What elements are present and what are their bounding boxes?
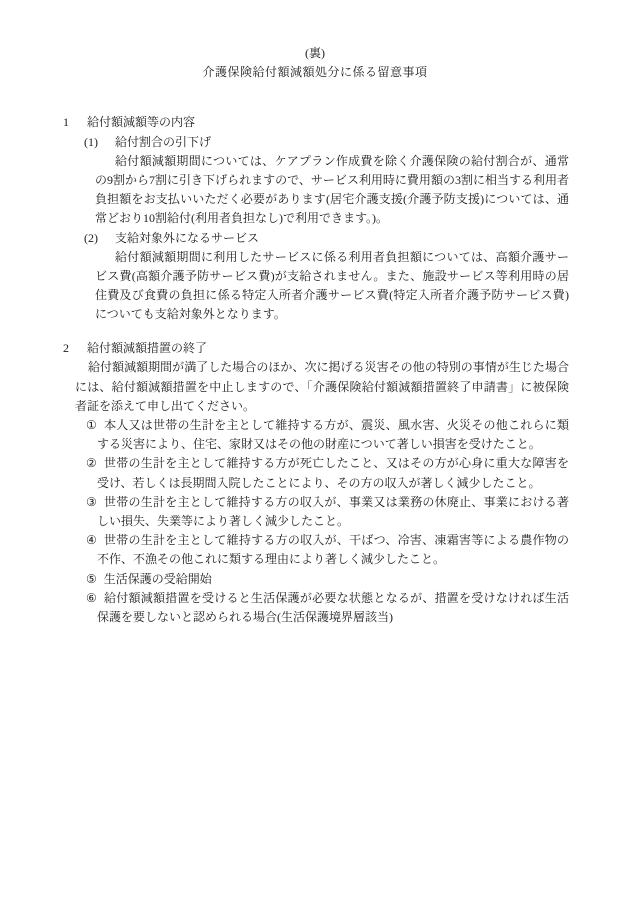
list-item-2-text: 世帯の生計を主として維持する方が死亡したこと、又はその方が心身に重大な障害を受け… [97,456,569,489]
list-item-4-text: 世帯の生計を主として維持する方の収入が、干ばつ、冷害、凍霜害等による農作物の不作… [97,533,569,566]
list-item-2: ②世帯の生計を主として維持する方が死亡したこと、又はその方が心身に重大な障害を受… [97,454,569,492]
list-item-4-number: ④ [86,533,97,547]
document-title: 介護保険給付額減額処分に係る留意事項 [0,63,630,82]
list-item-4: ④世帯の生計を主として維持する方の収入が、干ばつ、冷害、凍霜害等による農作物の不… [97,531,569,569]
list-item-5-text: 生活保護の受給開始 [104,572,212,586]
list-item-6: ⑥給付額減額措置を受けると生活保護が必要な状態となるが、措置を受けなければ生活保… [97,589,569,627]
subsection-1-1-heading: (1)給付割合の引下げ [0,133,630,152]
section-2-number: 2 [63,339,87,358]
list-item-1: ①本人又は世帯の生計を主として維持する方が、震災、風水害、火災その他これらに類す… [97,416,569,454]
list-item-2-number: ② [86,456,97,470]
list-item-5-number: ⑤ [86,572,97,586]
list-item-6-text: 給付額減額措置を受けると生活保護が必要な状態となるが、措置を受けなければ生活保護… [97,591,569,624]
subsection-1-1-number: (1) [84,133,115,152]
document-page: (裏) 介護保険給付額減額処分に係る留意事項 1給付額減額等の内容 (1)給付割… [0,0,630,915]
section-1-number: 1 [63,113,87,132]
section-1-heading: 1給付額減額等の内容 [0,113,630,132]
page-side-label: (裏) [0,44,630,63]
subsection-1-1-title: 給付割合の引下げ [115,135,211,149]
list-item-3-number: ③ [86,495,97,509]
section-2-heading: 2給付額減額措置の終了 [0,339,630,358]
subsection-1-2-number: (2) [84,229,115,248]
list-item-3-text: 世帯の生計を主として維持する方の収入が、事業又は業務の休廃止、事業における著しい… [97,495,569,528]
list-item-5: ⑤生活保護の受給開始 [97,570,569,589]
subsection-1-2-heading: (2)支給対象外になるサービス [0,229,630,248]
section-1-title: 給付額減額等の内容 [87,115,195,129]
list-item-1-number: ① [86,418,97,432]
section-2-body: 給付額減額期間が満了した場合のほか、次に掲げる災害その他の特別の事情が生じた場合… [75,358,569,416]
list-item-6-number: ⑥ [86,591,97,605]
termination-reason-list: ①本人又は世帯の生計を主として維持する方が、震災、風水害、火災その他これらに類す… [0,416,630,627]
subsection-1-2-title: 支給対象外になるサービス [115,231,259,245]
subsection-1-2-body: 給付額減額期間に利用したサービスに係る利用者負担額については、高額介護サービス費… [95,248,569,325]
list-item-3: ③世帯の生計を主として維持する方の収入が、事業又は業務の休廃止、事業における著し… [97,493,569,531]
list-item-1-text: 本人又は世帯の生計を主として維持する方が、震災、風水害、火災その他これらに類する… [97,418,569,451]
subsection-1-1-body: 給付額減額期間については、ケアプラン作成費を除く介護保険の給付割合が、通常の9割… [95,152,569,229]
section-2-title: 給付額減額措置の終了 [87,341,207,355]
